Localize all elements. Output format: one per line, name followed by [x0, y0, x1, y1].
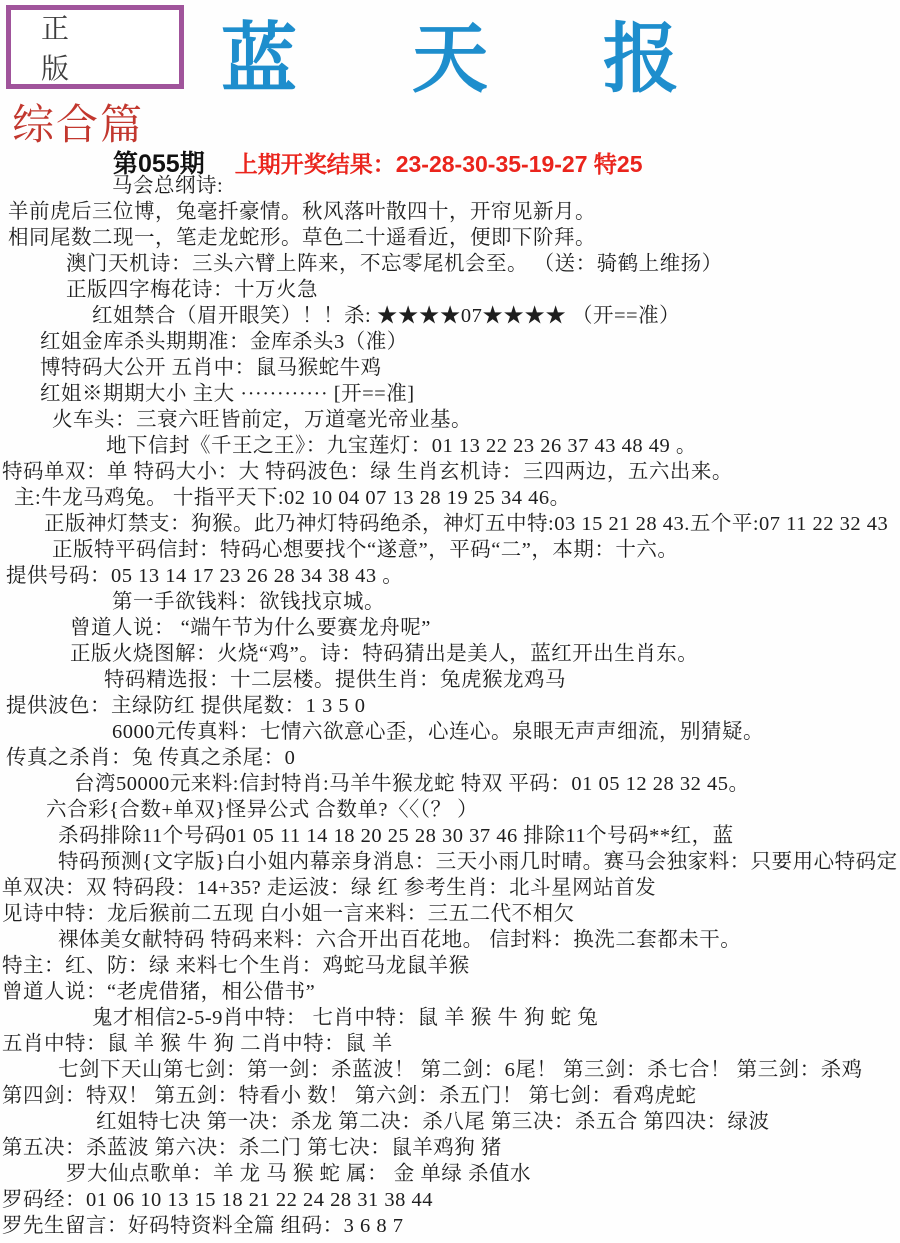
text-line: 传真之杀肖：兔 传真之杀尾：0 [0, 745, 900, 771]
text-line: 红姐禁合（眉开眼笑）！！杀: ★★★★07★★★★ （开==准） [0, 303, 900, 329]
text-line: 特码单双：单 特码大小：大 特码波色：绿 生肖玄机诗：三四两边，五六出来。 [0, 459, 900, 485]
content-block: 马会总纲诗:羊前虎后三位博，兔毫扦豪情。秋风落叶散四十，开帘见新月。相同尾数二现… [0, 173, 900, 1239]
text-line: 马会总纲诗: [0, 173, 900, 199]
text-line: 澳门天机诗：三头六臂上阵来，不忘零尾机会至。 （送：骑鹤上维扬） [0, 251, 900, 277]
text-line: 第五决：杀蓝波 第六决：杀二门 第七决：鼠羊鸡狗 猪 [0, 1135, 900, 1161]
text-line: 正版神灯禁支：狗猴。此乃神灯特码绝杀，神灯五中特:03 15 21 28 43.… [0, 511, 900, 537]
text-line: 六合彩{合数+单双}怪异公式 合数单?〈〈（？ ） [0, 797, 900, 823]
text-line: 正版四字梅花诗：十万火急 [0, 277, 900, 303]
text-line: 地下信封《千王之王》：九宝莲灯：01 13 22 23 26 37 43 48 … [0, 433, 900, 459]
page-title: 蓝 天 报 [0, 18, 900, 102]
text-line: 红姐※期期大小 主大 ············ [开==准] [0, 381, 900, 407]
text-line: 见诗中特：龙后猴前二五现 白小姐一言来料：三五二代不相欠 [0, 901, 900, 927]
text-line: 博特码大公开 五肖中：鼠马猴蛇牛鸡 [0, 355, 900, 381]
text-line: 红姐特七决 第一决：杀龙 第二决：杀八尾 第三决：杀五合 第四决：绿波 [0, 1109, 900, 1135]
text-line: 罗码经：01 06 10 13 15 18 21 22 24 28 31 38 … [0, 1187, 900, 1213]
text-line: 相同尾数二现一，笔走龙蛇形。草色二十遥看近，便即下阶拜。 [0, 225, 900, 251]
text-line: 6000元传真料：七情六欲意心歪，心连心。泉眼无声声细流，别猜疑。 [0, 719, 900, 745]
text-line: 五肖中特：鼠 羊 猴 牛 狗 二肖中特：鼠 羊 [0, 1031, 900, 1057]
newspaper-page: { "header": { "edition_badge": "正 版", "t… [0, 0, 900, 1243]
text-line: 提供号码：05 13 14 17 23 26 28 34 38 43 。 [0, 563, 900, 589]
text-line: 杀码排除11个号码01 05 11 14 18 20 25 28 30 37 4… [0, 823, 900, 849]
text-line: 台湾50000元来料:信封特肖:马羊牛猴龙蛇 特双 平码：01 05 12 28… [0, 771, 900, 797]
text-line: 七剑下天山第七剑：第一剑：杀蓝波！ 第二剑：6尾！ 第三剑：杀七合！ 第三剑：杀… [0, 1057, 900, 1083]
text-line: 羊前虎后三位博，兔毫扦豪情。秋风落叶散四十，开帘见新月。 [0, 199, 900, 225]
text-line: 正版特平码信封：特码心想要找个“遂意”，平码“二”，本期：十六。 [0, 537, 900, 563]
text-line: 特码预测{文字版}白小姐内幕亲身消息：三天小雨几时晴。赛马会独家料：只要用心特码… [0, 849, 900, 875]
text-line: 第四剑：特双！ 第五剑：特看小 数！ 第六剑：杀五门！ 第七剑：看鸡虎蛇 [0, 1083, 900, 1109]
text-line: 罗大仙点歌单：羊 龙 马 猴 蛇 属： 金 单绿 杀值水 [0, 1161, 900, 1187]
text-line: 提供波色：主绿防红 提供尾数：1 3 5 0 [0, 693, 900, 719]
text-line: 曾道人说：“老虎借猪，相公借书” [0, 979, 900, 1005]
text-line: 特码精选报：十二层楼。提供生肖：兔虎猴龙鸡马 [0, 667, 900, 693]
text-line: 曾道人说： “端午节为什么要赛龙舟呢” [0, 615, 900, 641]
text-line: 红姐金库杀头期期准：金库杀头3（准） [0, 329, 900, 355]
text-line: 裸体美女献特码 特码来料：六合开出百花地。 信封料：换洗二套都未干。 [0, 927, 900, 953]
text-line: 单双决：双 特码段：14+35? 走运波：绿 红 参考生肖：北斗星网站首发 [0, 875, 900, 901]
text-line: 正版火烧图解：火烧“鸡”。诗：特码猜出是美人，蓝红开出生肖东。 [0, 641, 900, 667]
text-line: 火车头：三衰六旺皆前定，万道毫光帝业基。 [0, 407, 900, 433]
section-title: 综合篇 [12, 92, 144, 152]
text-line: 鬼才相信2-5-9肖中特： 七肖中特：鼠 羊 猴 牛 狗 蛇 兔 [0, 1005, 900, 1031]
text-line: 罗先生留言：好码特资料全篇 组码：3 6 8 7 [0, 1213, 900, 1239]
text-line: 主:牛龙马鸡兔。 十指平天下:02 10 04 07 13 28 19 25 3… [0, 485, 900, 511]
text-line: 第一手欲钱料：欲钱找京城。 [0, 589, 900, 615]
text-line: 特主：红、防：绿 来料七个生肖：鸡蛇马龙鼠羊猴 [0, 953, 900, 979]
